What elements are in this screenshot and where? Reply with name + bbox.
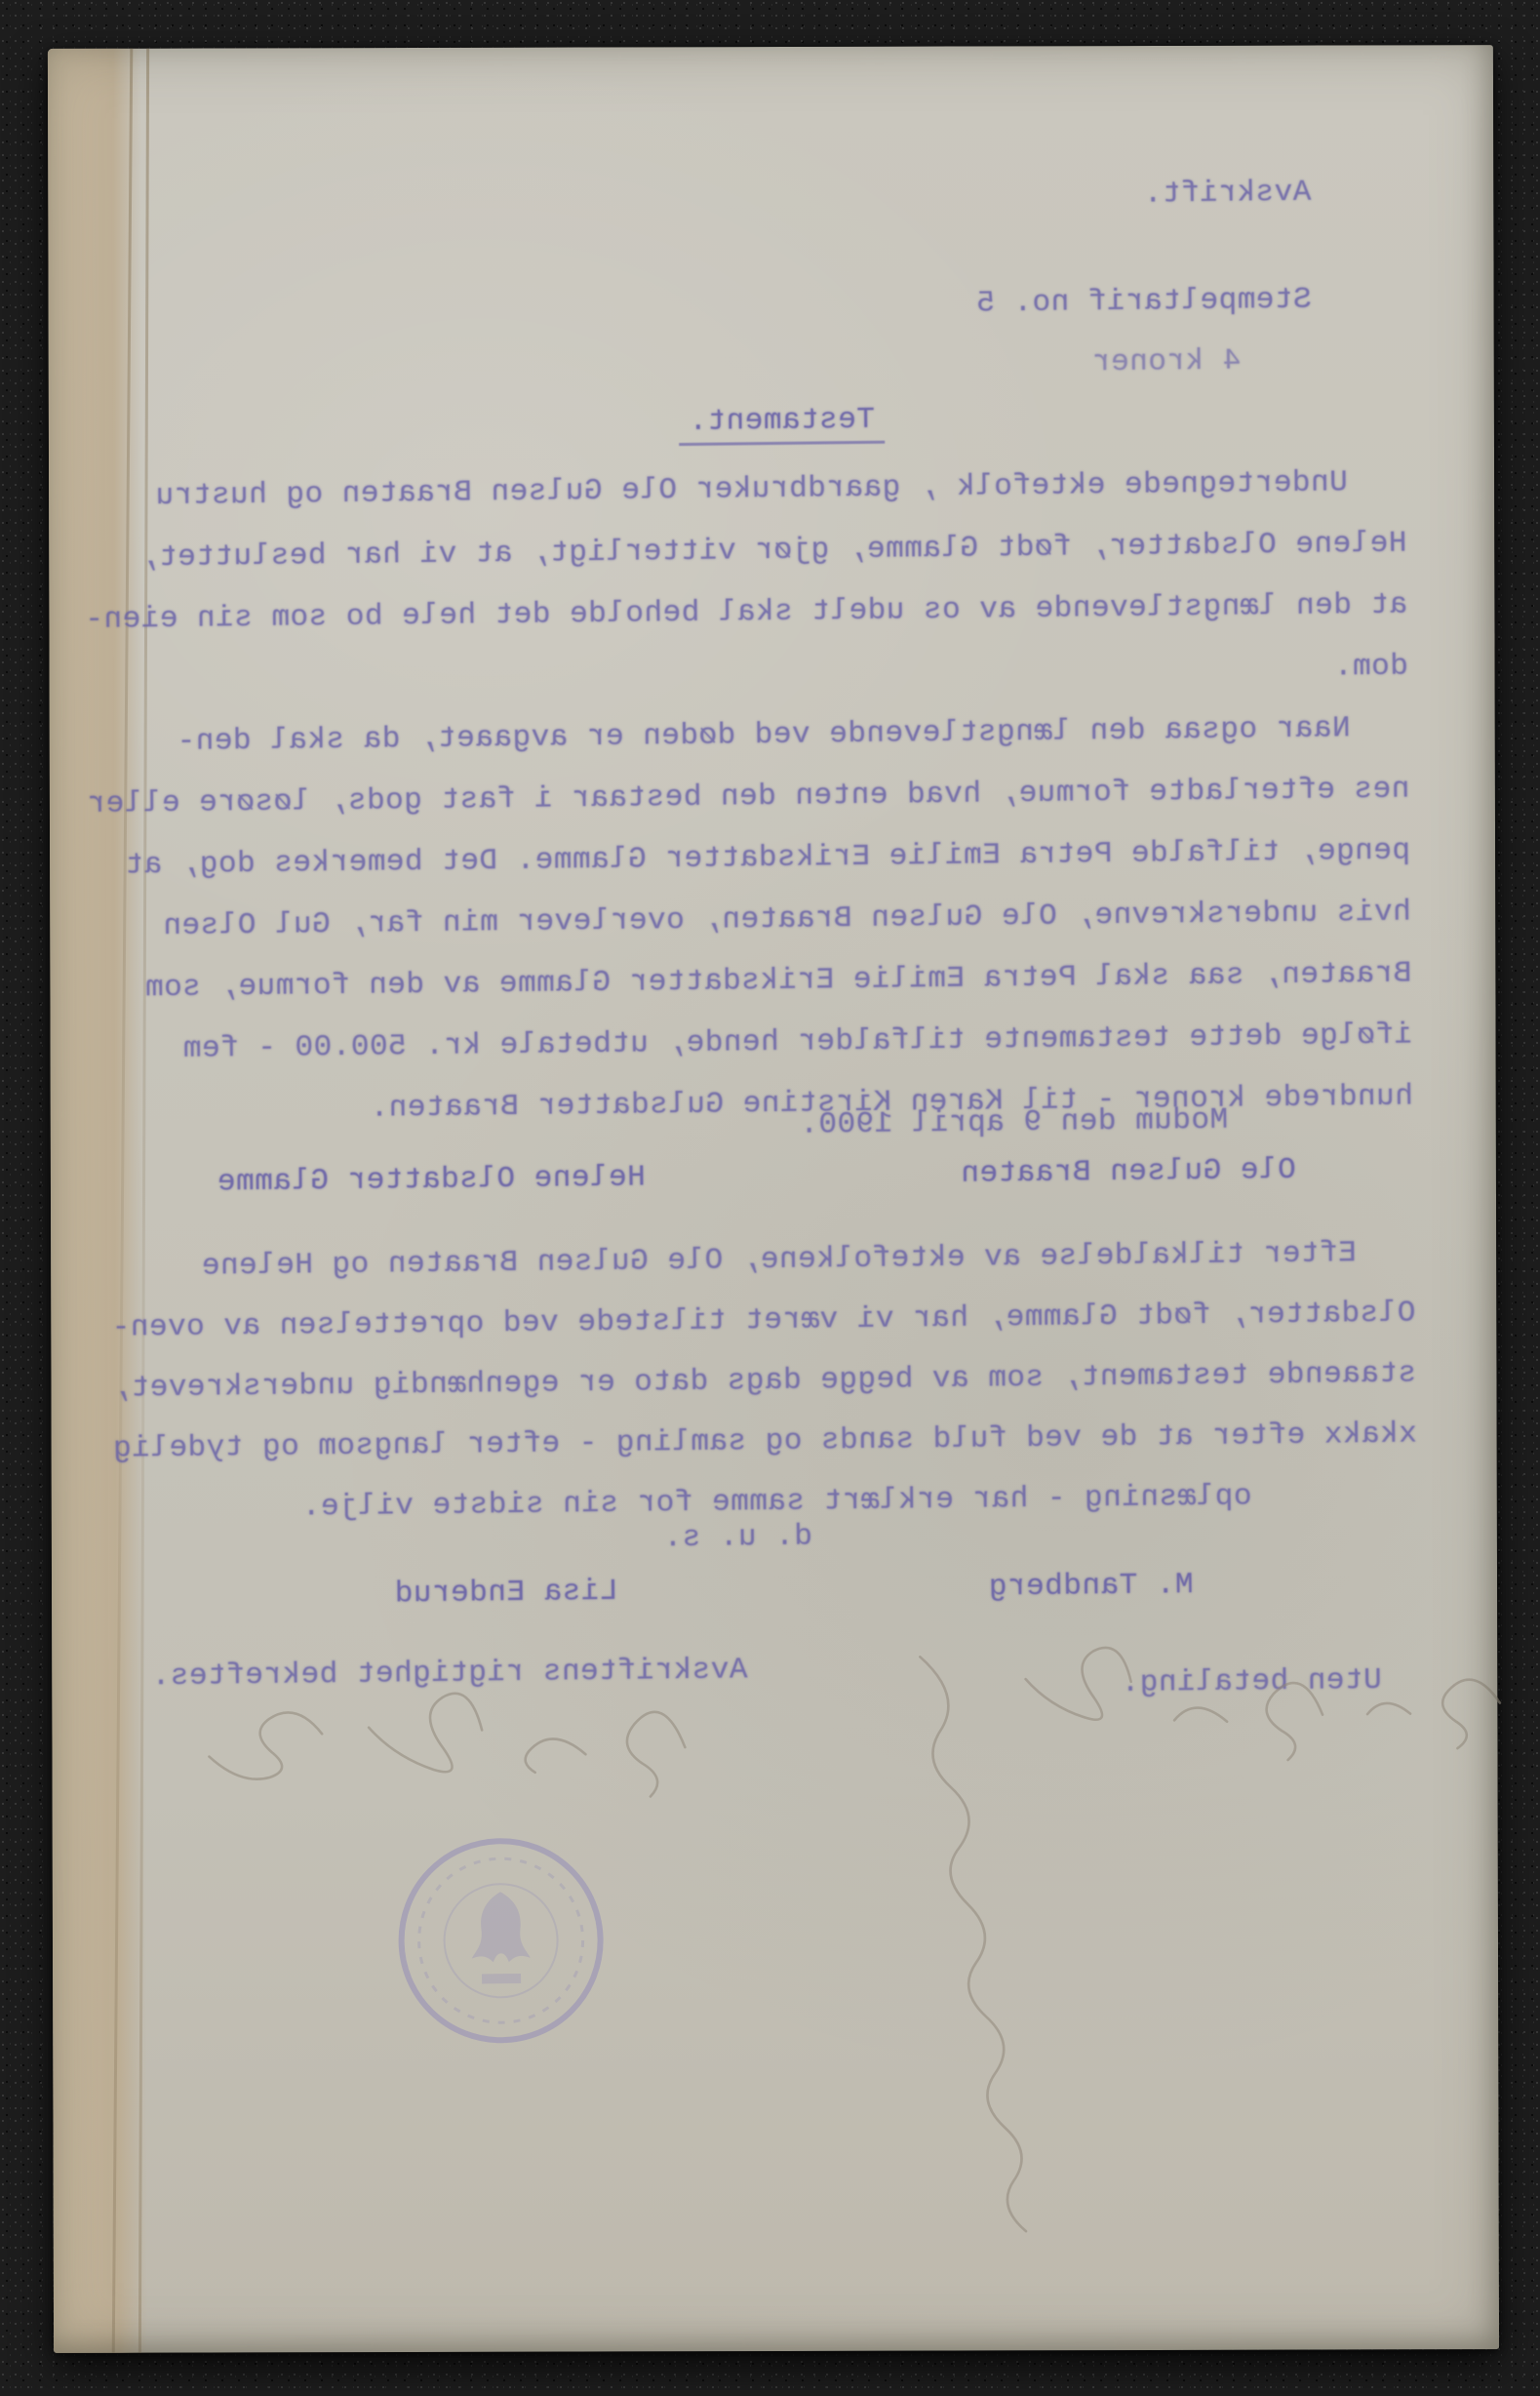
stamp-tariff-line: Stempeltarif no. 5 bbox=[976, 285, 1312, 319]
attestation-line: oplæsning - har erklært samme for sin si… bbox=[301, 1481, 1252, 1522]
testator-signature-right: Helene Olsdatter Glamme bbox=[217, 1162, 646, 1197]
body-line: penge, tilfalde Petra Emilie Eriksdatter… bbox=[125, 836, 1410, 881]
body-line: Undertegnede ektefolk , gaardbruker Ole … bbox=[155, 467, 1348, 511]
paper-sheet: Avskrift. Stempeltarif no. 5 4 kroner Te… bbox=[48, 45, 1499, 2353]
dus-abbreviation: d. u. s. bbox=[663, 1522, 812, 1554]
body-line: nes efterladte formue, hvad enten den be… bbox=[87, 775, 1410, 819]
body-line: Naar ogsaa den længstlevende ved døden e… bbox=[177, 713, 1351, 757]
witness-signature-right: Lisa Enderud bbox=[394, 1577, 618, 1610]
handwritten-signature bbox=[209, 1691, 686, 1801]
date-line: Modum den 9 april 1900. bbox=[800, 1105, 1229, 1140]
body-line: ifølge dette testamente tilfalder hende,… bbox=[182, 1020, 1412, 1064]
attestation-line: Olsdatter, født Glamme, har vi været til… bbox=[111, 1298, 1415, 1343]
document-title: Testament. bbox=[679, 405, 885, 437]
copy-annotation: Avskrift. bbox=[1143, 178, 1311, 210]
typed-content: Avskrift. Stempeltarif no. 5 4 kroner Te… bbox=[38, 39, 1510, 2360]
attestation-line: Efter tilkaldelse av ektefolkene, Ole Gu… bbox=[201, 1238, 1357, 1281]
body-line: dom. bbox=[1333, 652, 1408, 683]
body-line: at den længstlevende av os udelt skal be… bbox=[85, 590, 1408, 635]
handwritten-signature bbox=[1367, 1679, 1501, 1749]
document-title-text: Testament. bbox=[679, 403, 885, 446]
scan-background: Avskrift. Stempeltarif no. 5 4 kroner Te… bbox=[0, 0, 1540, 2396]
handwritten-flourish bbox=[920, 1656, 1026, 2232]
body-line: Braaten, saa skal Petra Emilie Eriksdatt… bbox=[144, 959, 1411, 1004]
mirrored-ink-layer: Avskrift. Stempeltarif no. 5 4 kroner Te… bbox=[48, 45, 1499, 2353]
attestation-line: staaende testament, som av begge dags da… bbox=[112, 1359, 1416, 1404]
body-line: hvis underskrevne, Ole Gulsen Braaten, o… bbox=[163, 898, 1411, 942]
certification-line: Avskriftens rigtighet bekreftes. bbox=[151, 1655, 748, 1692]
witness-signature-left: M. Tandberg bbox=[988, 1570, 1193, 1602]
handwritten-signature bbox=[1025, 1645, 1323, 1763]
testator-signature-left: Ole Gulsen Braaten bbox=[961, 1155, 1296, 1189]
stamp-value-line: 4 kroner bbox=[1091, 346, 1241, 379]
notary-stamp bbox=[394, 1834, 607, 2047]
body-line: Helene Olsdatter, født Glamme, gjør vitt… bbox=[139, 529, 1406, 574]
attestation-line: xkakx efter at de ved fuld sands og saml… bbox=[112, 1419, 1416, 1464]
no-charge-note: Uten betaling. bbox=[1121, 1665, 1382, 1698]
